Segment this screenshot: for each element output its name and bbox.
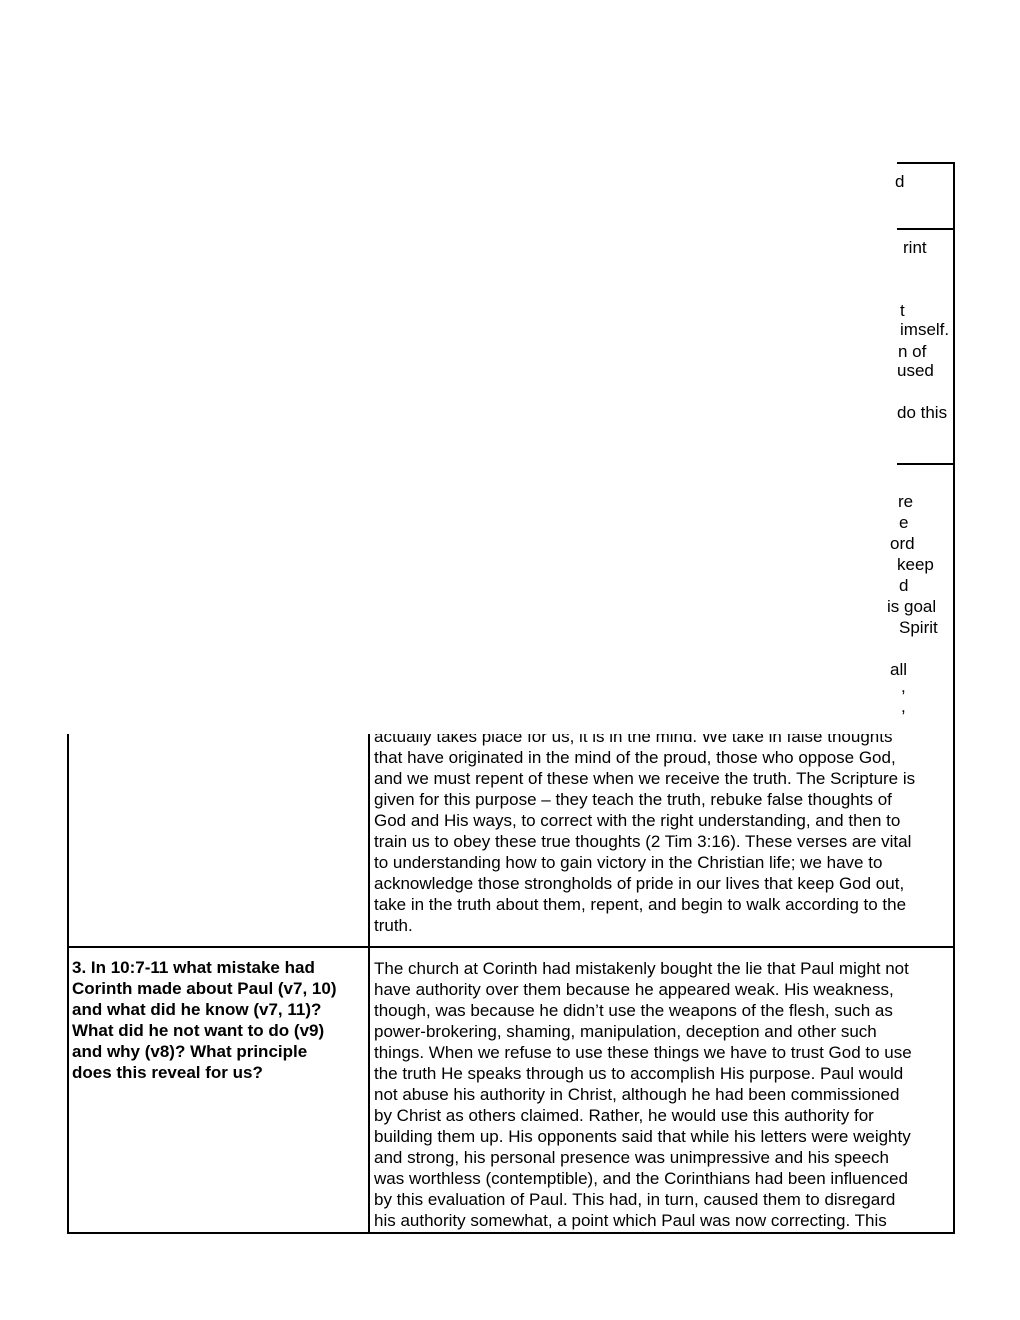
- document-page: actually takes place for us, it is in th…: [0, 0, 1020, 1320]
- text-fragment: d: [899, 575, 908, 596]
- text-fragment: do this: [897, 402, 947, 423]
- text-fragment: n of: [898, 341, 926, 362]
- text-fragment: e: [899, 512, 908, 533]
- text-fragment: re: [898, 491, 913, 512]
- text-fragment: Spirit: [899, 617, 938, 638]
- text-fragment: used: [897, 360, 934, 381]
- text-fragment: imself.: [900, 319, 949, 340]
- text-fragment: d: [895, 171, 904, 192]
- text-fragment: t: [900, 300, 905, 321]
- text-fragment: ord: [890, 533, 915, 554]
- text-fragment: keep: [897, 554, 934, 575]
- text-fragment: ,: [901, 676, 906, 697]
- text-fragment: is goal: [887, 596, 936, 617]
- text-fragment: ,: [901, 696, 906, 717]
- clipped-text-fragments: drinttimself.n ofuseddo thisreeordkeepdi…: [0, 0, 1020, 1320]
- text-fragment: rint: [903, 237, 927, 258]
